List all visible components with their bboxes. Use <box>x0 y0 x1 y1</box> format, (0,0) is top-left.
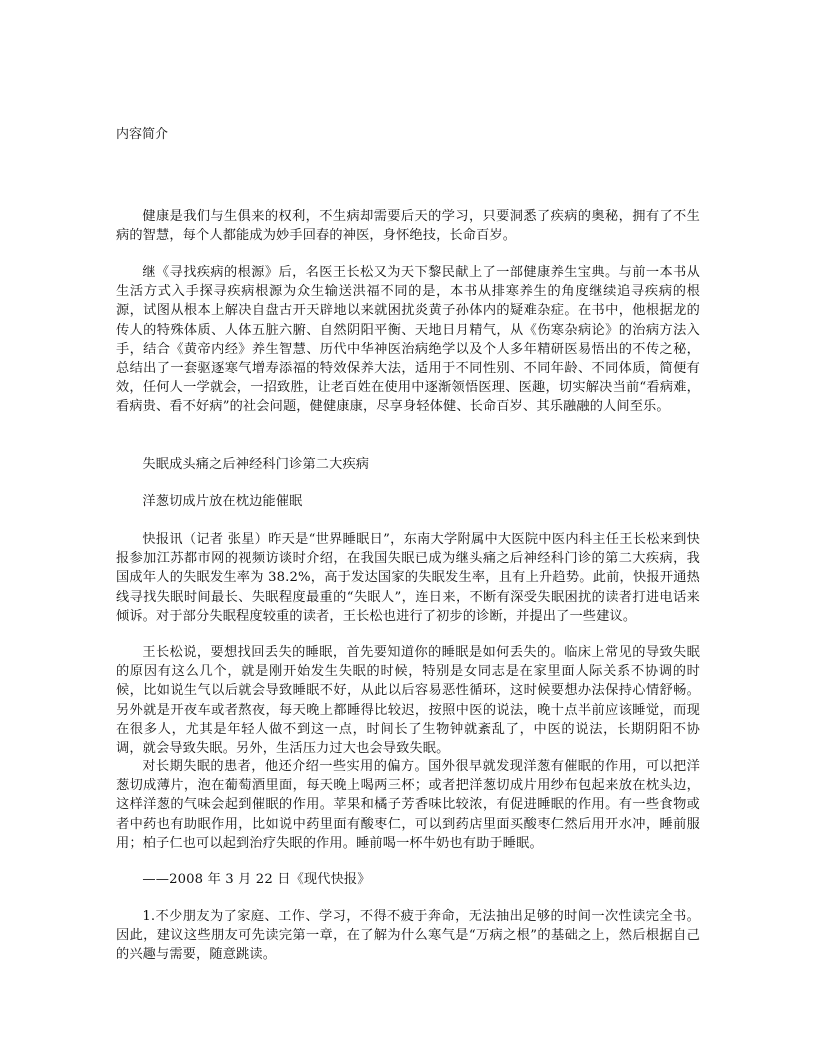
intro-paragraph-health: 健康是我们与生俱来的权利，不生病却需要后天的学习，只要洞悉了疾病的奥秘，拥有了不… <box>116 207 700 245</box>
article-paragraph-intro: 快报讯（记者 张星）昨天是“世界睡眠日”，东南大学附属中大医院中医内科主任王长松… <box>116 530 700 626</box>
article-source-line: ——2008 年 3 月 22 日《现代快报》 <box>116 870 700 889</box>
document-heading: 内容简介 <box>116 126 168 144</box>
intro-paragraph-book: 继《寻找疾病的根源》后，名医王长松又为天下黎民献上了一部健康养生宝典。与前一本书… <box>116 263 700 417</box>
reading-tip-paragraph: 1.不少朋友为了家庭、工作、学习，不得不疲于奔命，无法抽出足够的时间一次性读完全… <box>116 907 700 965</box>
article-subheadline: 洋葱切成片放在枕边能催眠 <box>116 492 700 511</box>
article-paragraph-causes: 王长松说，要想找回丢失的睡眠，首先要知道你的睡眠是如何丢失的。临床上常见的导致失… <box>116 643 700 758</box>
article-paragraph-remedies: 对长期失眠的患者，他还介绍一些实用的偏方。国外很早就发现洋葱有催眠的作用，可以把… <box>116 757 700 853</box>
article-headline: 失眠成头痛之后神经科门诊第二大疾病 <box>116 455 700 474</box>
